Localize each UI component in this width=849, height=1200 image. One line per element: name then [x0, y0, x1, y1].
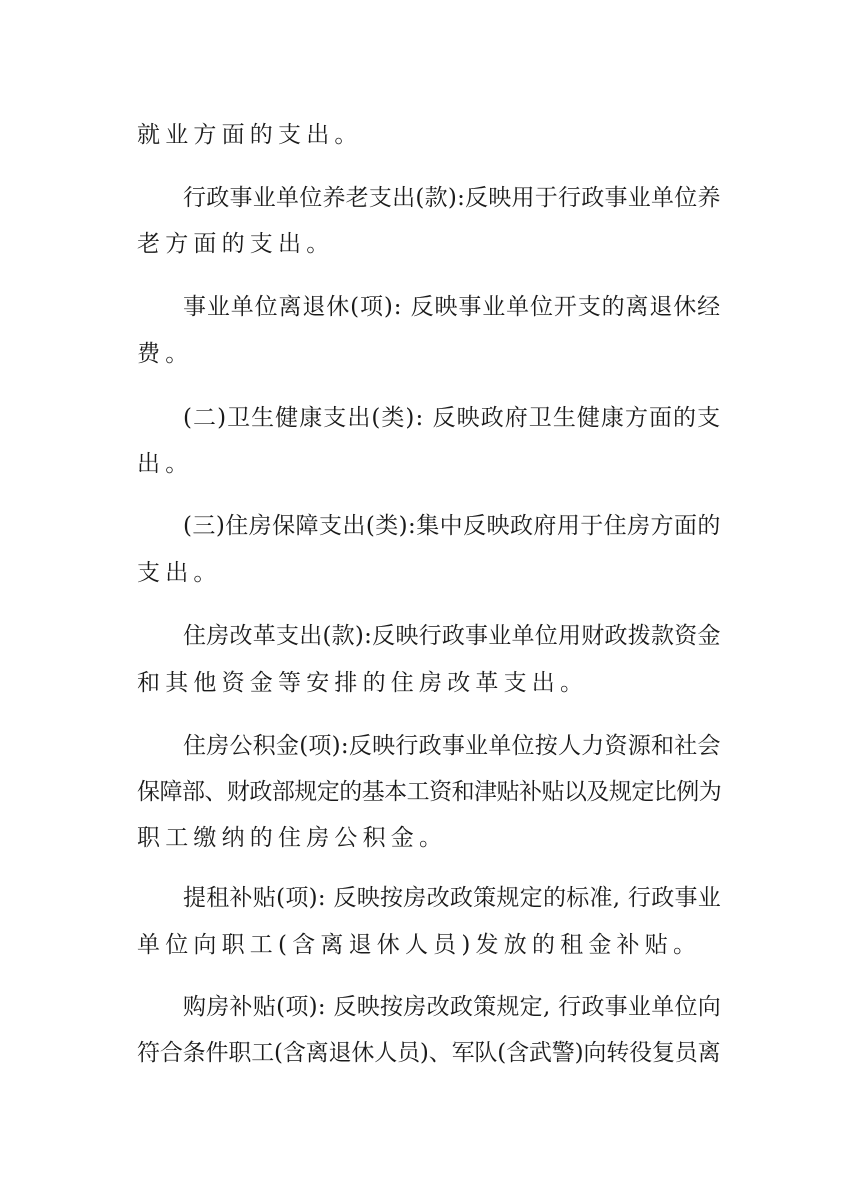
paragraph-line: 和其他资金等安排的住房改革支出。	[137, 668, 721, 698]
paragraph-line: 支出。	[137, 558, 721, 588]
paragraph-line: 出。	[137, 449, 721, 479]
paragraph-first-line: 购房补贴(项): 反映按房改政策规定, 行政事业单位向	[137, 992, 767, 1022]
paragraph-first-line: 住房公积金(项):反映行政事业单位按人力资源和社会	[137, 731, 767, 761]
paragraph-line: 单位向职工(含离退休人员)发放的租金补贴。	[137, 930, 721, 960]
paragraph-first-line: 行政事业单位养老支出(款):反映用于行政事业单位养	[137, 183, 767, 213]
paragraph-line: 就业方面的支出。	[137, 120, 721, 150]
paragraph-line: 费。	[137, 339, 721, 369]
paragraph-first-line: (二)卫生健康支出(类): 反映政府卫生健康方面的支	[137, 403, 767, 433]
paragraph-line: 保障部、财政部规定的基本工资和津贴补贴以及规定比例为	[137, 777, 721, 807]
paragraph-first-line: 提租补贴(项): 反映按房改政策规定的标准, 行政事业	[137, 883, 767, 913]
paragraph-first-line: (三)住房保障支出(类):集中反映政府用于住房方面的	[137, 511, 767, 541]
paragraph-first-line: 住房改革支出(款):反映行政事业单位用财政拨款资金	[137, 621, 767, 651]
paragraph-line: 老方面的支出。	[137, 229, 721, 259]
paragraph-line: 符合条件职工(含离退休人员)、军队(含武警)向转役复员离	[137, 1038, 721, 1068]
paragraph-line: 职工缴纳的住房公积金。	[137, 823, 721, 853]
paragraph-first-line: 事业单位离退休(项): 反映事业单位开支的离退休经	[137, 292, 767, 322]
